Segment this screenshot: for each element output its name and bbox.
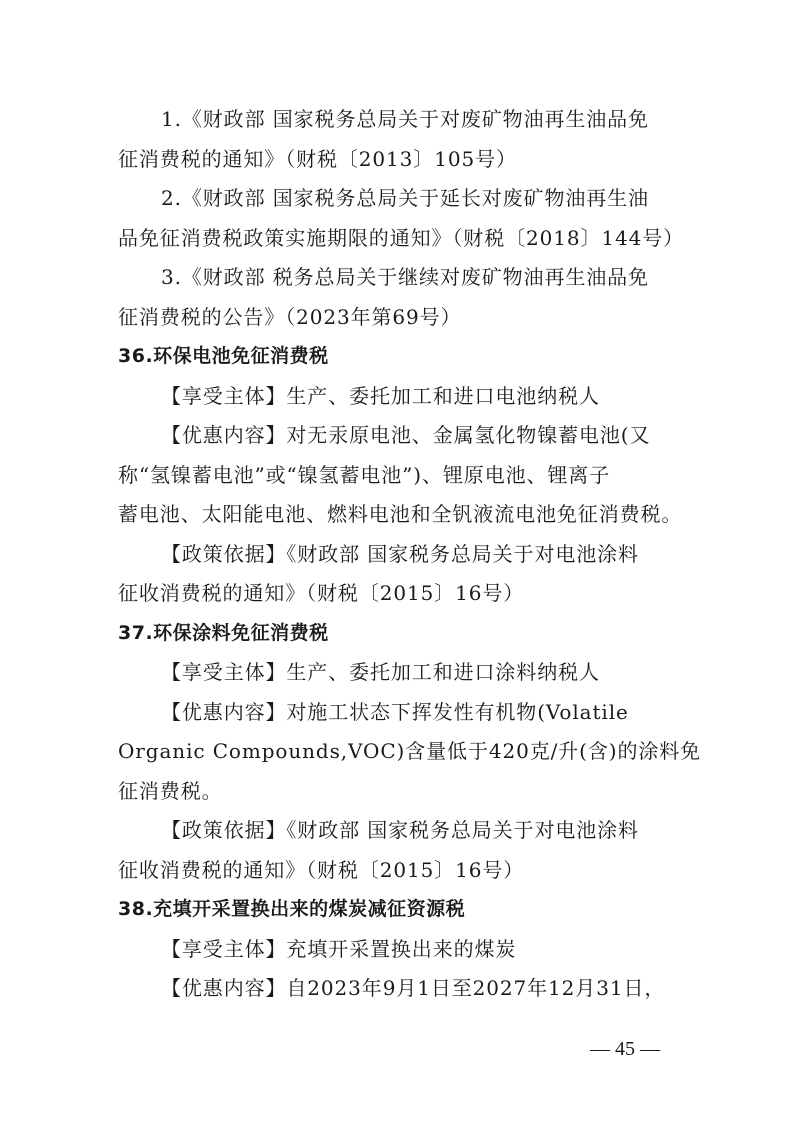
section-36-basis-line-2: 征收消费税的通知》（财税〔2015〕16号） [118, 574, 674, 614]
section-36-content-line-3: 蓄电池、太阳能电池、燃料电池和全钒液流电池免征消费税。 [118, 495, 674, 535]
section-37-content-line-3: 征消费税。 [118, 772, 674, 812]
section-heading-38: 38.充填开采置换出来的煤炭减征资源税 [118, 890, 674, 930]
document-page: 1.《财政部 国家税务总局关于对废矿物油再生油品免 征消费税的通知》（财税〔20… [118, 100, 674, 1009]
section-37-content-line-1: 【优惠内容】对施工状态下挥发性有机物(Volatile [118, 693, 674, 733]
section-38-beneficiary: 【享受主体】充填开采置换出来的煤炭 [118, 930, 674, 970]
section-36-content-line-1: 【优惠内容】对无汞原电池、金属氢化物镍蓄电池(又 [118, 416, 674, 456]
reference-item-2-line-2: 品免征消费税政策实施期限的通知》（财税〔2018〕144号） [118, 219, 674, 259]
section-37-content-line-2: Organic Compounds,VOC)含量低于420克/升(含)的涂料免 [118, 732, 674, 772]
section-37-basis-line-1: 【政策依据】《财政部 国家税务总局关于对电池涂料 [118, 811, 674, 851]
reference-item-2-line-1: 2.《财政部 国家税务总局关于延长对废矿物油再生油 [118, 179, 674, 219]
section-37-beneficiary: 【享受主体】生产、委托加工和进口涂料纳税人 [118, 653, 674, 693]
page-number: — 45 — [590, 1038, 660, 1061]
reference-item-3-line-2: 征消费税的公告》（2023年第69号） [118, 298, 674, 338]
section-36-content-line-2: 称“氢镍蓄电池”或“镍氢蓄电池”)、锂原电池、锂离子 [118, 456, 674, 496]
section-36-beneficiary: 【享受主体】生产、委托加工和进口电池纳税人 [118, 377, 674, 417]
section-heading-37: 37.环保涂料免征消费税 [118, 614, 674, 654]
section-38-content-line-1: 【优惠内容】自2023年9月1日至2027年12月31日， [118, 969, 674, 1009]
section-36-basis-line-1: 【政策依据】《财政部 国家税务总局关于对电池涂料 [118, 535, 674, 575]
section-heading-36: 36.环保电池免征消费税 [118, 337, 674, 377]
reference-item-1-line-2: 征消费税的通知》（财税〔2013〕105号） [118, 140, 674, 180]
section-37-basis-line-2: 征收消费税的通知》（财税〔2015〕16号） [118, 851, 674, 891]
reference-item-3-line-1: 3.《财政部 税务总局关于继续对废矿物油再生油品免 [118, 258, 674, 298]
reference-item-1-line-1: 1.《财政部 国家税务总局关于对废矿物油再生油品免 [118, 100, 674, 140]
